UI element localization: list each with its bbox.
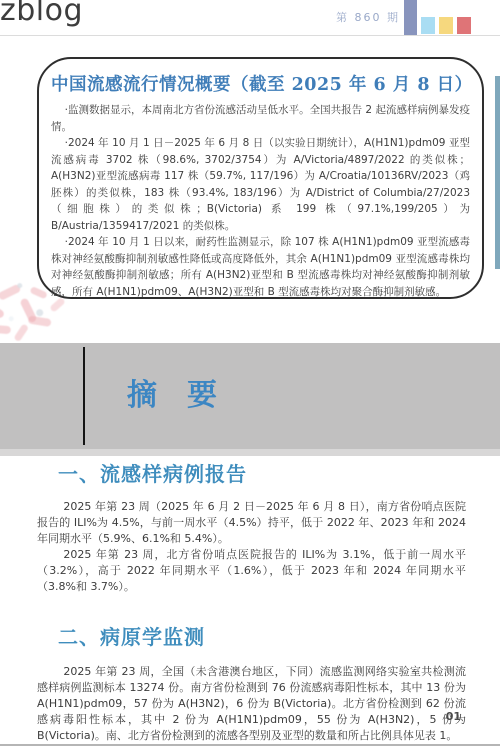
site-logo[interactable]: zblog <box>0 0 83 28</box>
report-body: 一、流感样病例报告 2025 年第 23 周（2025 年 6 月 2 日－20… <box>37 458 466 744</box>
decor-square-red <box>457 17 471 34</box>
section-heading-etiology: 二、病原学监测 <box>58 621 466 650</box>
page-bottom-divider <box>0 744 500 746</box>
header-divider <box>0 35 500 36</box>
body-paragraph: 2025 年第 23 周（2025 年 6 月 2 日－2025 年 6 月 8… <box>37 499 466 547</box>
body-paragraph: 2025 年第 23 周，全国（未含港澳台地区，下同）流感监测网络实验室共检测流… <box>37 664 466 744</box>
abstract-banner: 摘 要 <box>0 343 500 449</box>
abstract-title: 摘 要 <box>127 370 217 414</box>
decor-bar-blue <box>404 0 417 35</box>
decor-square-lightblue <box>421 17 435 34</box>
page-edge-strip <box>495 76 500 269</box>
banner-vertical-line <box>83 347 85 445</box>
page-number: 01 <box>446 710 461 723</box>
body-paragraph: 2025 年第 23 周，北方省份哨点医院报告的 ILI%为 3.1%，低于前一… <box>37 547 466 595</box>
summary-box-title: 中国流感流行情况概要（截至 2025 年 6 月 8 日） <box>51 71 470 96</box>
decor-square-yellow <box>439 17 453 34</box>
summary-paragraph: ·监测数据显示，本周南北方省份流感活动呈低水平。全国共报告 2 起流感样病例暴发… <box>51 102 470 135</box>
influenza-summary-box: 中国流感流行情况概要（截至 2025 年 6 月 8 日） ·监测数据显示，本周… <box>37 57 484 299</box>
summary-paragraph: ·2024 年 10 月 1 日－2025 年 6 月 8 日（以实验日期统计）… <box>51 135 470 234</box>
summary-paragraph: ·2024 年 10 月 1 日以来，耐药性监测显示，除 107 株 A(H1N… <box>51 234 470 300</box>
issue-number-label: 第 860 期 <box>336 9 400 25</box>
abstract-banner-fade <box>0 449 500 456</box>
section-heading-ili-report: 一、流感样病例报告 <box>58 458 466 487</box>
document-page: zblog 第 860 期 中国流感流行情况概要（截至 2025 年 6 月 8… <box>0 0 500 751</box>
